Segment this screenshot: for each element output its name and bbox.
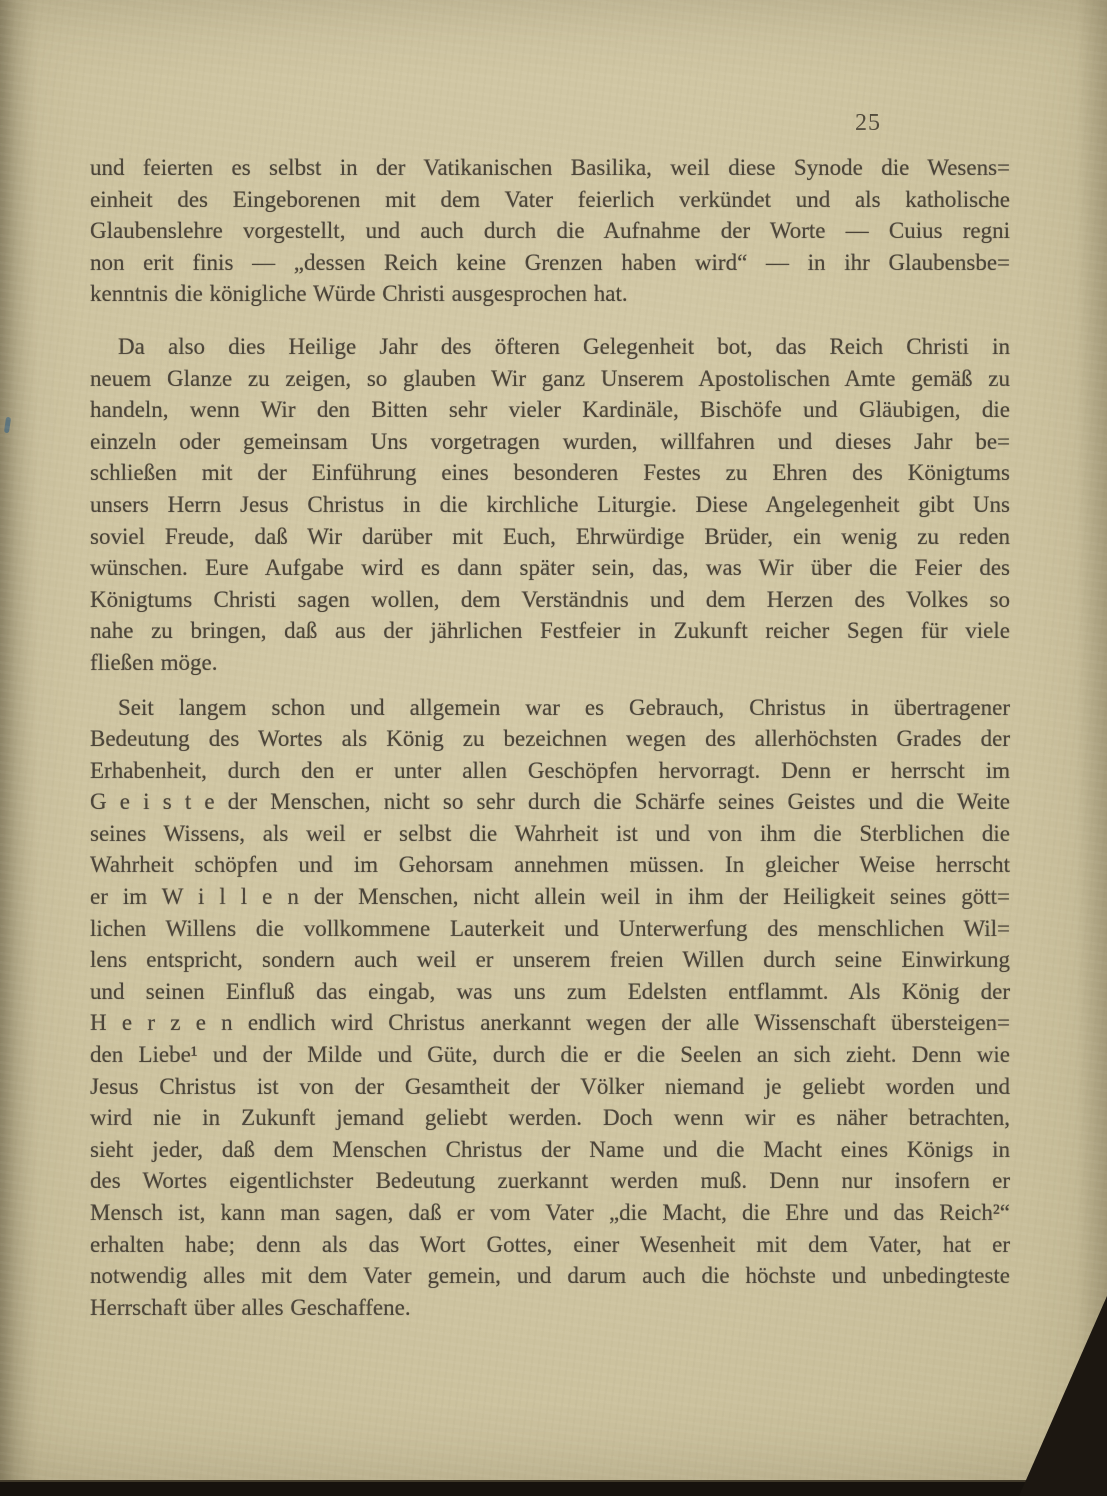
text-line: seines Wissens, als weil er selbst die W… <box>90 818 1010 850</box>
text-line: unsers Herrn Jesus Christus in die kirch… <box>90 489 1010 521</box>
text-line: H e r z e n endlich wird Christus anerka… <box>90 1007 1010 1039</box>
text-line: lens entspricht, sondern auch weil er un… <box>90 944 1010 976</box>
text-line: erhalten habe; denn als das Wort Gottes,… <box>90 1229 1010 1261</box>
text-line: G e i s t e der Menschen, nicht so sehr … <box>90 786 1010 818</box>
page-right-shade <box>1077 0 1107 1482</box>
text-line: non erit finis — „dessen Reich keine Gre… <box>90 247 1010 279</box>
text-line: einzeln oder gemeinsam Uns vorgetragen w… <box>90 426 1010 458</box>
text-line: Mensch ist, kann man sagen, daß er vom V… <box>90 1197 1010 1229</box>
text-line: und feierten es selbst in der Vatikanisc… <box>90 152 1010 184</box>
text-line: Bedeutung des Wortes als König zu bezeic… <box>90 723 1010 755</box>
text-line: Wahrheit schöpfen und im Gehorsam annehm… <box>90 849 1010 881</box>
text-block: und feierten es selbst in der Vatikanisc… <box>90 152 1010 1323</box>
text-line: soviel Freude, daß Wir darüber mit Euch,… <box>90 521 1010 553</box>
text-line: Herrschaft über alles Geschaffene. <box>90 1292 1010 1324</box>
text-line: den Liebe¹ und der Milde und Güte, durch… <box>90 1039 1010 1071</box>
text-line: des Wortes eigentlichster Bedeutung zuer… <box>90 1165 1010 1197</box>
scan-bottom-edge <box>0 1480 1107 1496</box>
text-line: fließen möge. <box>90 647 1010 679</box>
text-line: lichen Willens die vollkommene Lauterkei… <box>90 913 1010 945</box>
text-line: und seinen Einfluß das eingab, was uns z… <box>90 976 1010 1008</box>
text-line: Seit langem schon und allgemein war es G… <box>90 692 1010 724</box>
text-line: wünschen. Eure Aufgabe wird es dann spät… <box>90 552 1010 584</box>
text-line: wird nie in Zukunft jemand geliebt werde… <box>90 1102 1010 1134</box>
text-line: Glaubenslehre vorgestellt, und auch durc… <box>90 215 1010 247</box>
paragraph: und feierten es selbst in der Vatikanisc… <box>90 152 1010 310</box>
page-number: 25 <box>855 110 881 137</box>
text-line: Erhabenheit, durch den er unter allen Ge… <box>90 755 1010 787</box>
paragraph: Seit langem schon und allgemein war es G… <box>90 692 1010 1324</box>
text-line: notwendig alles mit dem Vater gemein, un… <box>90 1260 1010 1292</box>
text-line: Da also dies Heilige Jahr des öfteren Ge… <box>90 331 1010 363</box>
paragraph: Da also dies Heilige Jahr des öfteren Ge… <box>90 331 1010 679</box>
text-line: nahe zu bringen, daß aus der jährlichen … <box>90 615 1010 647</box>
text-line: kenntnis die königliche Würde Christi au… <box>90 278 1010 310</box>
book-page: 25 und feierten es selbst in der Vatikan… <box>0 0 1107 1482</box>
text-line: neuem Glanze zu zeigen, so glauben Wir g… <box>90 363 1010 395</box>
text-line: Königtums Christi sagen wollen, dem Vers… <box>90 584 1010 616</box>
text-line: er im W i l l e n der Menschen, nicht al… <box>90 881 1010 913</box>
text-line: handeln, wenn Wir den Bitten sehr vieler… <box>90 394 1010 426</box>
text-line: einheit des Eingeborenen mit dem Vater f… <box>90 184 1010 216</box>
text-line: sieht jeder, daß dem Menschen Christus d… <box>90 1134 1010 1166</box>
text-line: Jesus Christus ist von der Gesamtheit de… <box>90 1071 1010 1103</box>
binding-shadow <box>0 0 38 1482</box>
text-line: schließen mit der Einführung eines beson… <box>90 457 1010 489</box>
